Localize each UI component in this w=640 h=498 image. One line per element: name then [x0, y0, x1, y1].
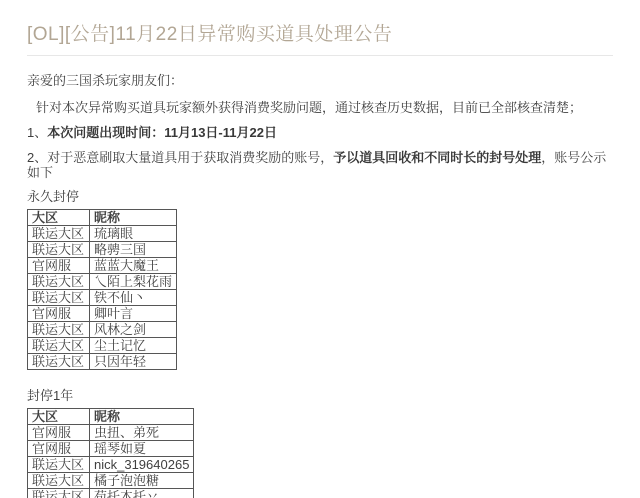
table-row: 联运大区nick_319640265 [28, 457, 194, 473]
section-title-permanent-ban: 永久封停 [27, 189, 613, 204]
table-row: 联运大区乀陌上梨花雨 [28, 274, 177, 290]
region-cell: 联运大区 [28, 354, 90, 370]
table-row: 联运大区苟托本托丷 [28, 489, 194, 498]
region-cell: 联运大区 [28, 489, 90, 498]
nickname-cell: 卿叶言 [90, 306, 177, 322]
column-header: 大区 [28, 409, 90, 425]
nickname-cell: 苟托本托丷 [90, 489, 194, 498]
region-cell: 联运大区 [28, 338, 90, 354]
column-header: 昵称 [90, 409, 194, 425]
column-header: 大区 [28, 210, 90, 226]
permanent-ban-section: 永久封停 大区昵称联运大区琉璃眼联运大区略骋三国官网服蓝蓝大魔王联运大区乀陌上梨… [27, 189, 613, 370]
region-cell: 官网服 [28, 441, 90, 457]
nickname-cell: 琉璃眼 [90, 226, 177, 242]
page-title: [OL][公告]11月22日异常购买道具处理公告 [27, 24, 613, 46]
table-row: 联运大区橘子泡泡糖 [28, 473, 194, 489]
region-cell: 官网服 [28, 425, 90, 441]
region-cell: 联运大区 [28, 473, 90, 489]
announcement-page: [OL][公告]11月22日异常购买道具处理公告 亲爱的三国杀玩家朋友们： 针对… [0, 0, 640, 498]
table-row: 联运大区琉璃眼 [28, 226, 177, 242]
table-row: 联运大区风林之剑 [28, 322, 177, 338]
title-divider [27, 55, 613, 56]
section-title-one-year-ban: 封停1年 [27, 388, 613, 403]
issue-time-bold-text: 本次问题出现时间：11月13日-11月22日 [47, 125, 277, 140]
table-row: 联运大区只因年轻 [28, 354, 177, 370]
table-row: 官网服蓝蓝大魔王 [28, 258, 177, 274]
header-row: 大区昵称 [28, 409, 194, 425]
intro-text: 针对本次异常购买道具玩家额外获得消费奖励问题，通过核查历史数据，目前已全部核查清… [27, 100, 613, 115]
region-cell: 联运大区 [28, 242, 90, 258]
nickname-cell: 铁不仙丶 [90, 290, 177, 306]
table-row: 官网服卿叶言 [28, 306, 177, 322]
table-row: 官网服瑶琴如夏 [28, 441, 194, 457]
region-cell: 官网服 [28, 306, 90, 322]
nickname-cell: 蓝蓝大魔王 [90, 258, 177, 274]
punishment-line: 2、对于恶意刷取大量道具用于获取消费奖励的账号，予以道具回收和不同时长的封号处理… [27, 150, 613, 180]
column-header: 昵称 [90, 210, 177, 226]
one-year-ban-table: 大区昵称官网服虫扭、弟死官网服瑶琴如夏联运大区nick_319640265联运大… [27, 408, 194, 498]
nickname-cell: 乀陌上梨花雨 [90, 274, 177, 290]
nickname-cell: 尘土记忆 [90, 338, 177, 354]
issue-time-line: 1、本次问题出现时间：11月13日-11月22日 [27, 125, 613, 140]
greeting-text: 亲爱的三国杀玩家朋友们： [27, 73, 613, 88]
item2-lead-text: 2、对于恶意刷取大量道具用于获取消费奖励的账号， [27, 150, 333, 165]
item1-number: 1、 [27, 125, 47, 140]
one-year-ban-section: 封停1年 大区昵称官网服虫扭、弟死官网服瑶琴如夏联运大区nick_3196402… [27, 388, 613, 498]
region-cell: 联运大区 [28, 290, 90, 306]
permanent-ban-table: 大区昵称联运大区琉璃眼联运大区略骋三国官网服蓝蓝大魔王联运大区乀陌上梨花雨联运大… [27, 209, 177, 370]
table-row: 联运大区铁不仙丶 [28, 290, 177, 306]
nickname-cell: 风林之剑 [90, 322, 177, 338]
region-cell: 联运大区 [28, 322, 90, 338]
table-row: 官网服虫扭、弟死 [28, 425, 194, 441]
nickname-cell: 瑶琴如夏 [90, 441, 194, 457]
region-cell: 官网服 [28, 258, 90, 274]
region-cell: 联运大区 [28, 226, 90, 242]
table-row: 联运大区尘土记忆 [28, 338, 177, 354]
nickname-cell: 略骋三国 [90, 242, 177, 258]
region-cell: 联运大区 [28, 457, 90, 473]
nickname-cell: nick_319640265 [90, 457, 194, 473]
region-cell: 联运大区 [28, 274, 90, 290]
nickname-cell: 虫扭、弟死 [90, 425, 194, 441]
table-row: 联运大区略骋三国 [28, 242, 177, 258]
nickname-cell: 只因年轻 [90, 354, 177, 370]
header-row: 大区昵称 [28, 210, 177, 226]
punishment-bold-text: 予以道具回收和不同时长的封号处理 [333, 150, 541, 165]
nickname-cell: 橘子泡泡糖 [90, 473, 194, 489]
